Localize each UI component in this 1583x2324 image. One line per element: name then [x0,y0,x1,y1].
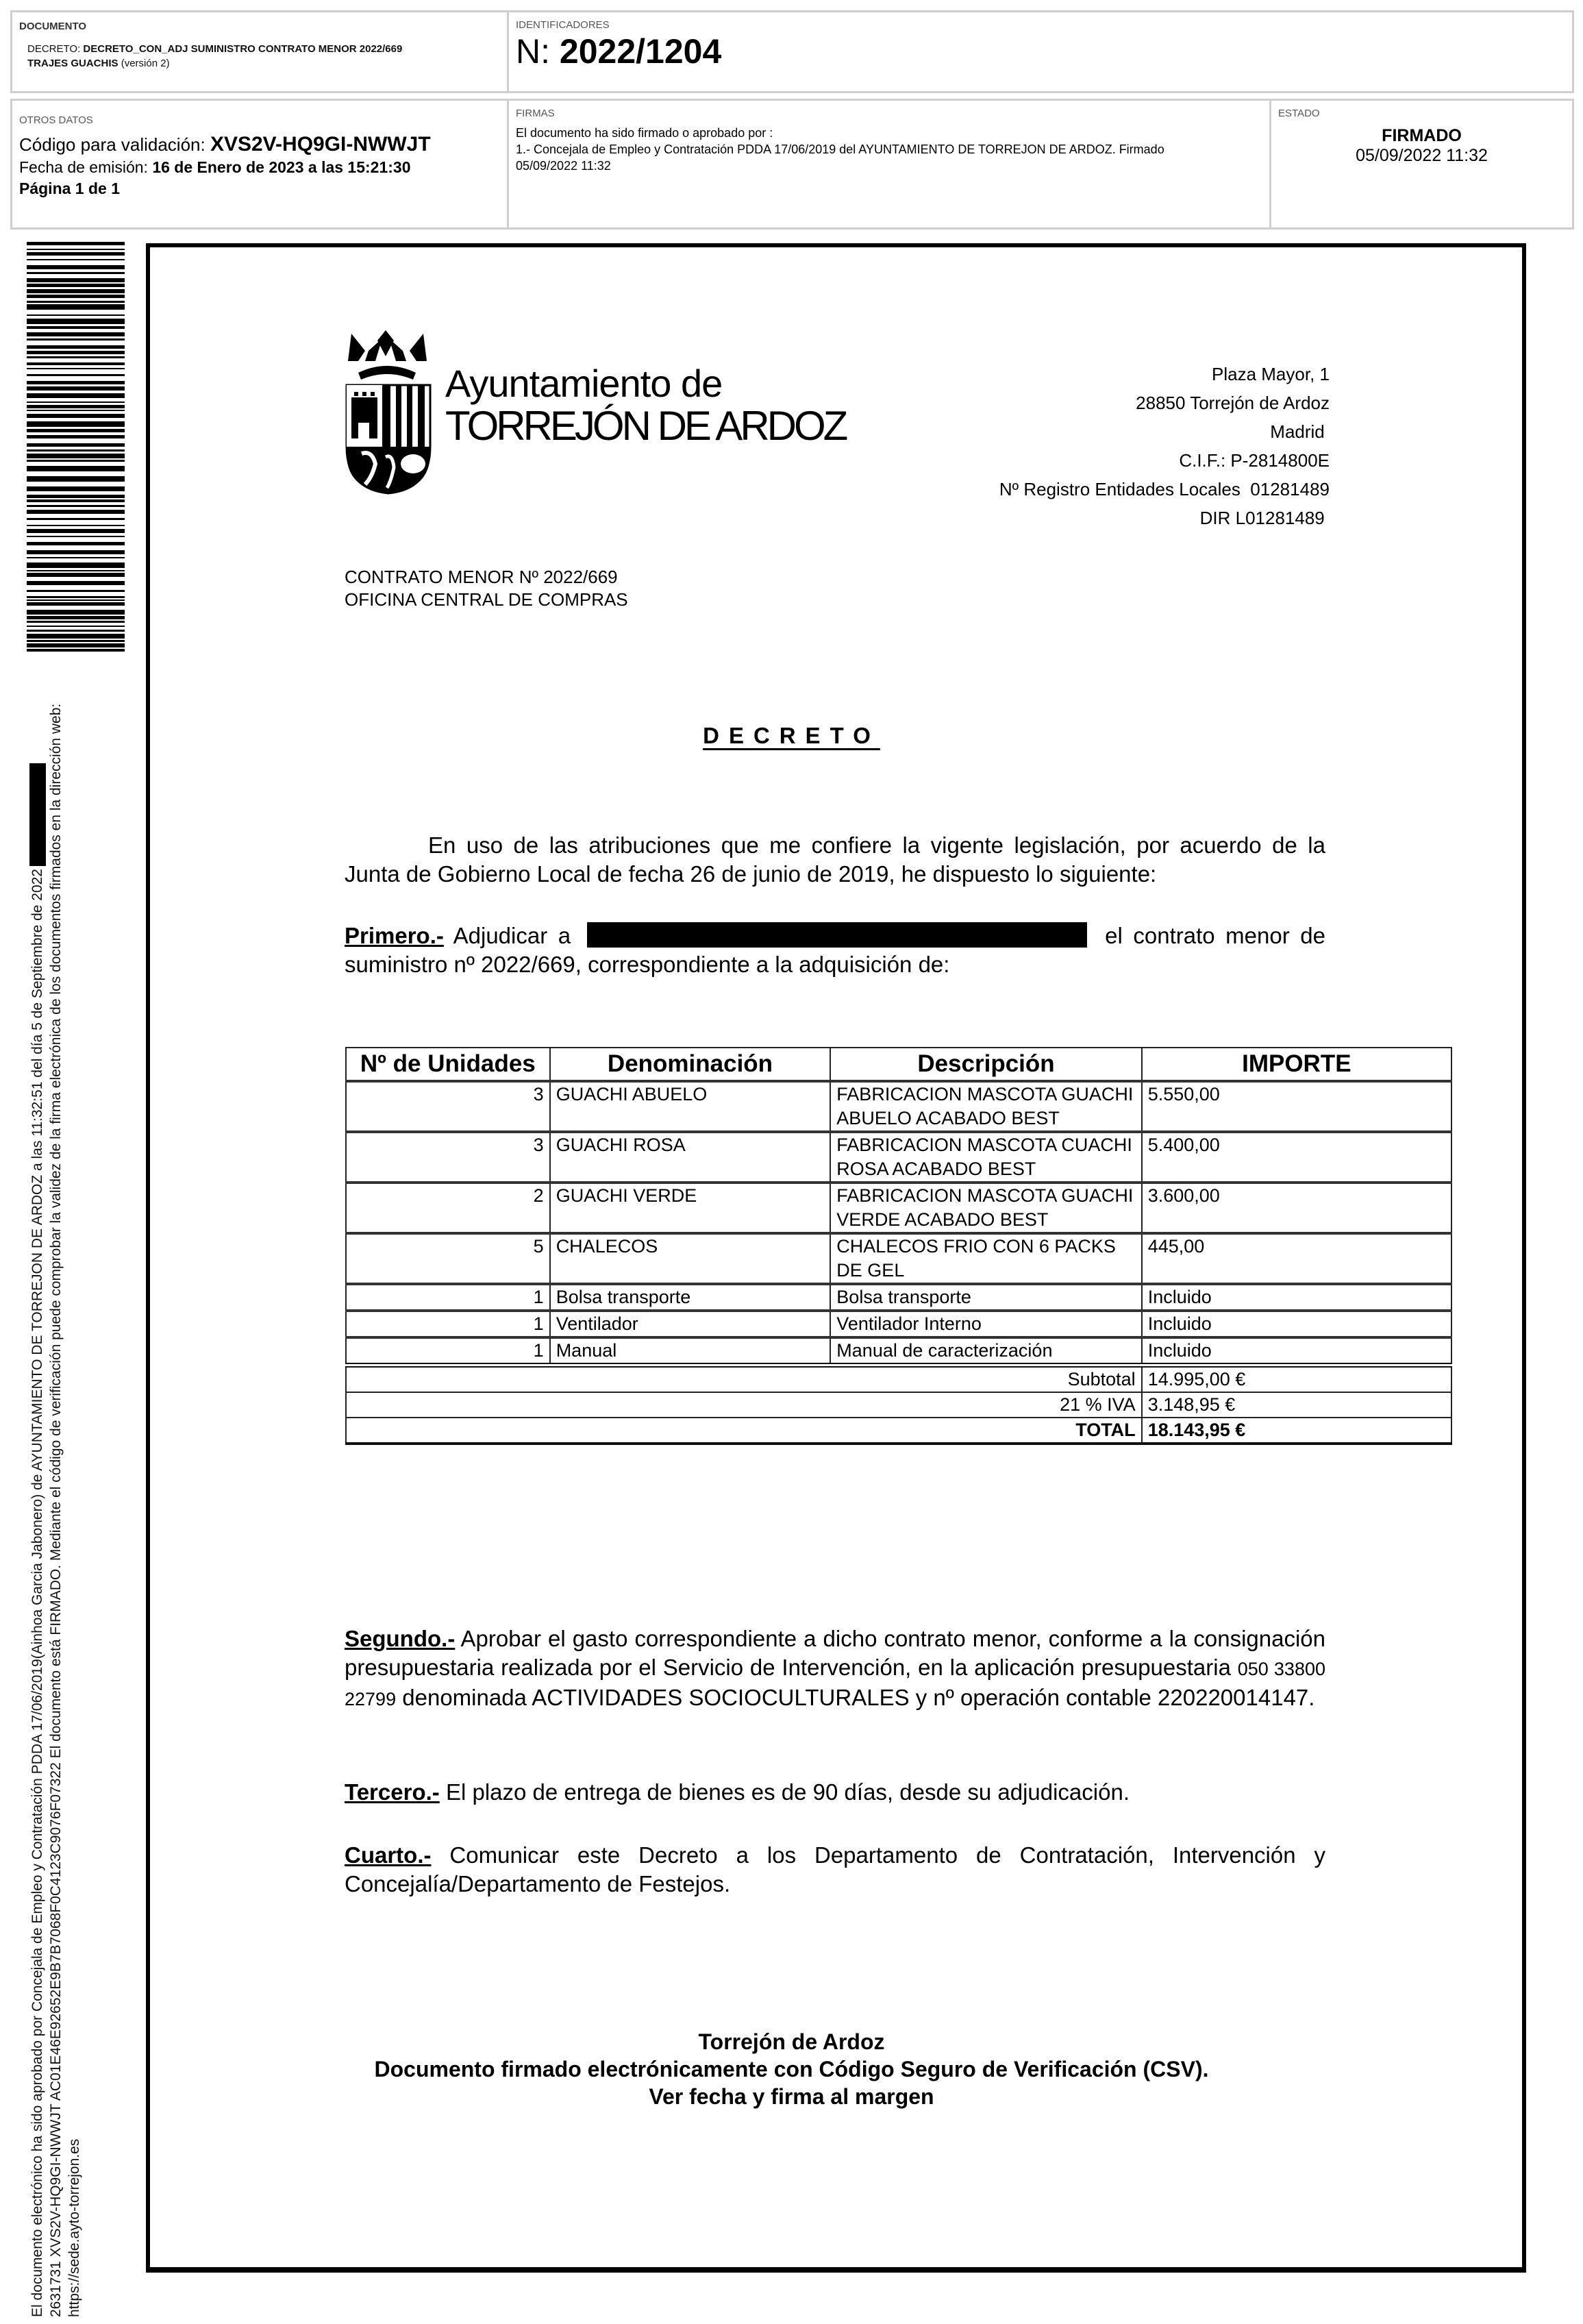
cell-amount: 5.550,00 [1142,1081,1451,1132]
margin-verification-text: El documento electrónico ha sido aprobad… [29,0,111,2317]
cell-units: 1 [346,1311,550,1337]
cell-units: 5 [346,1233,550,1284]
margin-url-link[interactable]: https://sede.ayto-torrejon.es [66,2139,84,2317]
logo-title-line1: Ayuntamiento de [445,363,722,404]
address-city: 28850 Torrejón de Ardoz [999,388,1330,417]
table-header-row: Nº de Unidades Denominación Descripción … [346,1048,1451,1081]
redacted-awardee [587,922,1087,948]
document-number: N: 2022/1204 [516,32,1565,71]
subtotal-value: 14.995,00 € [1142,1365,1451,1393]
cell-units: 3 [346,1132,550,1183]
clause-tercero-text: El plazo de entrega de bienes es de 90 d… [446,1779,1130,1805]
cell-description: Manual de caracterización [830,1337,1141,1365]
identificadores-caption: IDENTIFICADORES [516,19,1565,31]
total-row: TOTAL 18.143,95 € [346,1418,1451,1444]
cell-name: GUACHI VERDE [550,1183,831,1233]
address-dir: DIR L01281489 [999,504,1330,532]
cell-name: CHALECOS [550,1233,831,1284]
cell-units: 1 [346,1284,550,1311]
total-value: 18.143,95 € [1142,1418,1451,1444]
total-label: TOTAL [346,1418,1142,1444]
signatures-list: El documento ha sido firmado o aprobado … [516,125,1262,174]
column-header-amount: IMPORTE [1142,1048,1451,1081]
firmas-cell: FIRMAS El documento ha sido firmado o ap… [507,101,1269,227]
signatures-intro: El documento ha sido firmado o aprobado … [516,125,1262,141]
clause-segundo-lead: Segundo.- [345,1626,455,1651]
address-street: Plaza Mayor, 1 [999,360,1330,388]
estado-cell: ESTADO FIRMADO 05/09/2022 11:32 [1269,101,1572,227]
column-header-name: Denominación [550,1048,831,1081]
cell-amount: 445,00 [1142,1233,1451,1284]
cell-description: CHALECOS FRIO CON 6 PACKS DE GEL [830,1233,1141,1284]
clause-segundo: Segundo.- Aprobar el gasto correspondien… [345,1624,1325,1714]
cell-name: Ventilador [550,1311,831,1337]
cell-description: FABRICACION MASCOTA GUACHI ABUELO ACABAD… [830,1081,1141,1132]
column-header-units: Nº de Unidades [346,1048,550,1081]
cell-units: 3 [346,1081,550,1132]
cell-name: Manual [550,1337,831,1365]
doc-version: (versión 2) [121,58,170,69]
document-number-prefix: N: [516,32,550,71]
column-header-description: Descripción [830,1048,1141,1081]
firmas-caption: FIRMAS [516,108,1262,119]
cell-name: GUACHI ROSA [550,1132,831,1183]
cell-amount: Incluido [1142,1311,1451,1337]
table-row: 2GUACHI VERDEFABRICACION MASCOTA GUACHI … [346,1183,1451,1233]
header-bottom-row: OTROS DATOS Código para validación: XVS2… [10,99,1574,230]
status-badge: FIRMADO [1278,126,1565,145]
clause-segundo-text-b: denominada ACTIVIDADES SOCIOCULTURALES y… [402,1685,1314,1710]
iva-row: 21 % IVA 3.148,95 € [346,1392,1451,1418]
address-cif: C.I.F.: P-2814800E [999,446,1330,475]
signature-margin-note: Ver fecha y firma al margen [0,2083,1583,2110]
decree-title: DECRETO [0,723,1583,749]
table-row: 1VentiladorVentilador InternoIncluido [346,1311,1451,1337]
subtotal-label: Subtotal [346,1365,1142,1393]
signature-csv-note: Documento firmado electrónicamente con C… [0,2055,1583,2083]
clause-primero-lead: Primero.- [345,923,444,948]
status-date: 05/09/2022 11:32 [1278,145,1565,166]
cell-amount: 3.600,00 [1142,1183,1451,1233]
emission-date-value: 16 de Enero de 2023 a las 15:21:30 [152,158,410,176]
clause-tercero-lead: Tercero.- [345,1779,440,1805]
clause-tercero: Tercero.- El plazo de entrega de bienes … [345,1778,1325,1807]
cell-name: GUACHI ABUELO [550,1081,831,1132]
office-name: OFICINA CENTRAL DE COMPRAS [345,589,628,611]
cell-amount: Incluido [1142,1337,1451,1365]
document-number-value: 2022/1204 [560,32,721,71]
table-row: 1ManualManual de caracterizaciónIncluido [346,1337,1451,1365]
address-registro: Nº Registro Entidades Locales 01281489 [999,475,1330,504]
clause-primero-text-a: Adjudicar a [453,923,571,948]
subtotal-row: Subtotal 14.995,00 € [346,1365,1451,1393]
signature-place: Torrejón de Ardoz [0,2028,1583,2055]
decree-title-text: DECRETO [703,723,880,748]
estado-caption: ESTADO [1278,108,1565,119]
clause-segundo-text-a: Aprobar el gasto correspondiente a dicho… [345,1626,1325,1680]
iva-label: 21 % IVA [346,1392,1142,1418]
cell-amount: 5.400,00 [1142,1132,1451,1183]
contract-reference: CONTRATO MENOR Nº 2022/669 OFICINA CENTR… [345,566,628,611]
table-row: 3GUACHI ROSAFABRICACION MASCOTA CUACHI R… [346,1132,1451,1183]
identificadores-cell: IDENTIFICADORES N: 2022/1204 [507,12,1572,91]
table-row: 5CHALECOSCHALECOS FRIO CON 6 PACKS DE GE… [346,1233,1451,1284]
cell-name: Bolsa transporte [550,1284,831,1311]
cell-units: 1 [346,1337,550,1365]
address-block: Plaza Mayor, 1 28850 Torrejón de Ardoz M… [999,360,1330,532]
cell-description: FABRICACION MASCOTA CUACHI ROSA ACABADO … [830,1132,1141,1183]
signature-entry: 1.- Concejala de Empleo y Contratación P… [516,141,1262,158]
table-row: 3GUACHI ABUELOFABRICACION MASCOTA GUACHI… [346,1081,1451,1132]
clause-cuarto-text: Comunicar este Decreto a los Departament… [345,1842,1325,1896]
clause-cuarto: Cuarto.- Comunicar este Decreto a los De… [345,1841,1325,1899]
clause-primero: Primero.- Adjudicar ael contrato menor d… [345,922,1325,979]
doc-title-line1: DECRETO_CON_ADJ SUMINISTRO CONTRATO MENO… [83,43,402,55]
validation-code-value: XVS2V-HQ9GI-NWWJT [210,133,431,156]
iva-value: 3.148,95 € [1142,1392,1451,1418]
signature-date: 05/09/2022 11:32 [516,158,1262,174]
cell-description: Ventilador Interno [830,1311,1141,1337]
clause-cuarto-lead: Cuarto.- [345,1842,432,1868]
header-top-row: DOCUMENTO DECRETO: DECRETO_CON_ADJ SUMIN… [10,10,1574,93]
contract-number: CONTRATO MENOR Nº 2022/669 [345,566,628,589]
cell-description: FABRICACION MASCOTA GUACHI VERDE ACABADO… [830,1183,1141,1233]
cell-amount: Incluido [1142,1284,1451,1311]
items-table: Nº de Unidades Denominación Descripción … [345,1047,1452,1445]
cell-units: 2 [346,1183,550,1233]
decree-intro: En uso de las atribuciones que me confie… [345,831,1325,889]
table-row: 1Bolsa transporteBolsa transporteIncluid… [346,1284,1451,1311]
signature-block: Torrejón de Ardoz Documento firmado elec… [0,2028,1583,2110]
logo-title-line2: TORREJÓN DE ARDOZ [445,404,845,448]
cell-description: Bolsa transporte [830,1284,1141,1311]
redaction-block [29,763,46,866]
address-region: Madrid [999,417,1330,446]
